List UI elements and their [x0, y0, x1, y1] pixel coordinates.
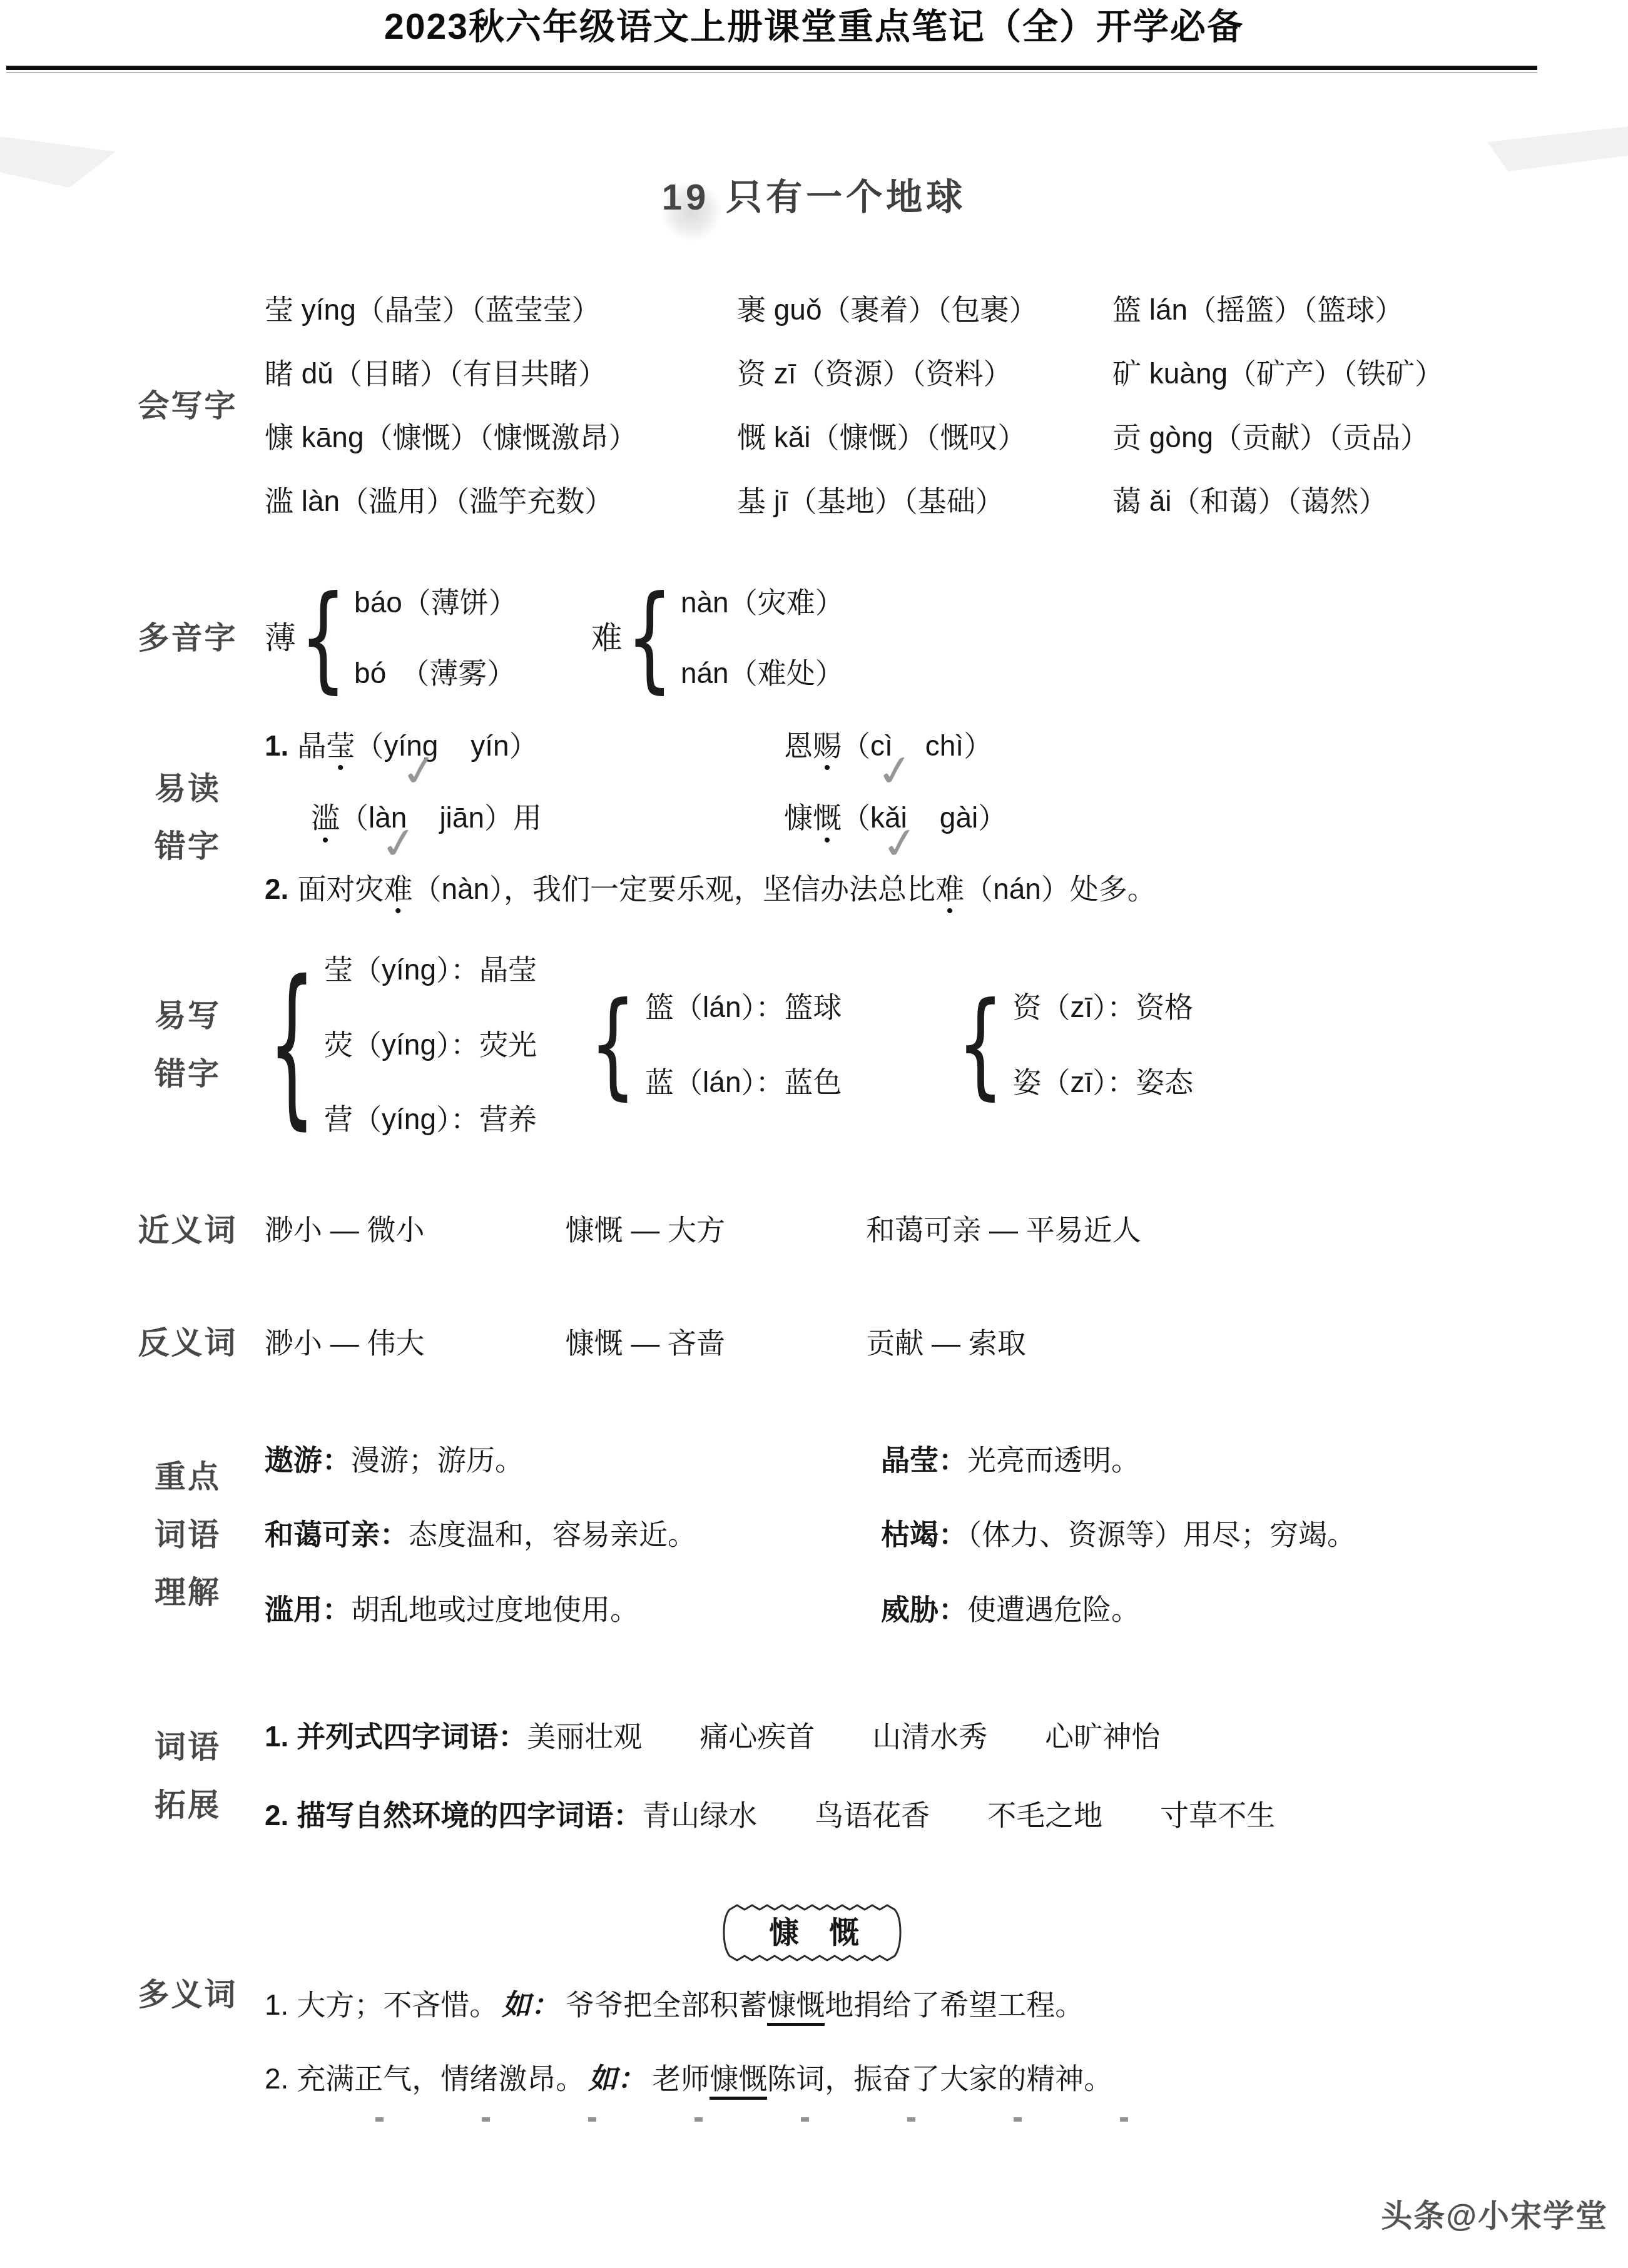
polyphonic-character: 难 [591, 619, 623, 658]
section-label-misread: 易读 错字 [128, 760, 247, 876]
example-text: 地捐给了希望工程。 [825, 1988, 1084, 2021]
dotted-character: 慨 [813, 800, 842, 836]
wrong-pinyin: jiān [439, 801, 484, 834]
write-characters-content: 莹 yíng（晶莹）（蓝莹莹） 裹 guǒ（裹着）（包裹） 篮 lán（摇篮）（… [265, 278, 1609, 534]
section-polysemy: 多义词 1. 大方；不吝惜。如：爷爷把全部积蓄慷慨地捐给了希望工程。 2. 充满… [0, 1987, 1628, 2097]
dotted-character: 难 [384, 871, 412, 908]
misread-pair: 恩赐（cìchì） [784, 728, 1609, 764]
misread-pair: 慷慨（kǎigài） [784, 800, 1609, 836]
write-row: 睹 dǔ（目睹）（有目共睹） 资 zī（资源）（资料） 矿 kuàng（矿产）（… [265, 342, 1609, 406]
write-entry: 慨 kǎi（慷慨）（慨叹） [737, 420, 1112, 456]
key-word-term: 晶莹： [881, 1444, 967, 1476]
section-label-antonyms: 反义词 [128, 1314, 247, 1372]
example-text: 爷爷把全部积蓄 [566, 1988, 767, 2021]
expansion-words: 美丽壮观 痛心疾首 山清水秀 心旷神怡 [527, 1720, 1160, 1753]
key-word-entry: 枯竭：（体力、资源等）用尽；穷竭。 [881, 1517, 1609, 1553]
key-word-entry: 和蔼可亲：态度温和，容易亲近。 [265, 1517, 881, 1553]
write-entry: 篮 lán（摇篮）（篮球） [1112, 292, 1609, 328]
wrong-pinyin: yín [471, 729, 509, 762]
underlined-word: 慷慨 [710, 2062, 767, 2100]
antonym-pair: 慷慨 — 吝啬 [566, 1325, 726, 1362]
key-word-term: 和蔼可亲： [265, 1518, 409, 1551]
example-marker: 如： [588, 2062, 646, 2095]
miswrite-group: 莹（yíng）：晶莹 荧（yíng）：荧光 营（yíng）：营养 [265, 952, 537, 1138]
miswrite-line: 蓝（lán）：蓝色 [645, 1065, 842, 1101]
paren: ） [978, 801, 1007, 834]
misread-item-number: 2. [265, 873, 288, 905]
cutoff-artifacts [375, 2117, 1226, 2122]
section-write-characters: 会写字 莹 yíng（晶莹）（蓝莹莹） 裹 guǒ（裹着）（包裹） 篮 lán（… [0, 278, 1628, 534]
misread-sentence: 2.面对灾难（nàn），我们一定要乐观，坚信办法总比难（nán）处多。 [265, 871, 1609, 908]
key-word-definition: 胡乱地或过度地使用。 [351, 1593, 639, 1626]
paren: （ [842, 801, 870, 834]
expansion-words: 青山绿水 鸟语花香 不毛之地 寸草不生 [642, 1799, 1275, 1831]
brace-icon [626, 567, 673, 710]
expansion-lead: 1. 并列式四字词语： [265, 1720, 527, 1753]
misread-pair: 滥（lànjiān）用 [265, 800, 784, 836]
polyphonic-option: báo（薄饼） [354, 585, 517, 621]
section-label-synonyms: 近义词 [128, 1202, 247, 1260]
dotted-character: 莹 [326, 728, 355, 764]
write-entry: 资 zī（资源）（资料） [737, 356, 1112, 392]
lesson-heading: 19只有一个地球 [0, 175, 1628, 221]
brace-icon [300, 567, 347, 710]
wrong-pinyin: chì [925, 729, 964, 762]
expansion-lead: 2. 描写自然环境的四字词语： [265, 1799, 642, 1831]
polysemy-box-word: 慷 慨 [713, 1915, 915, 1952]
underlined-word: 慷慨 [767, 1988, 825, 2026]
key-word-definition: 漫游；游历。 [351, 1444, 524, 1476]
dotted-character: 滥 [311, 800, 340, 836]
example-marker: 如： [502, 1988, 559, 2021]
section-label-polysemy: 多义词 [128, 1966, 247, 2024]
sentence-text: （nàn），我们一定要乐观，坚信办法总比 [412, 873, 935, 905]
miswrite-content: 莹（yíng）：晶莹 荧（yíng）：荧光 营（yíng）：营养 篮（lán）：… [265, 952, 1609, 1138]
miswrite-line: 姿（zī）：姿态 [1013, 1065, 1194, 1101]
expansion-item: 2. 描写自然环境的四字词语：青山绿水 鸟语花香 不毛之地 寸草不生 [265, 1798, 1609, 1834]
sentence-text: （nán）处多。 [964, 873, 1156, 905]
write-entry: 贡 gòng（贡献）（贡品） [1112, 420, 1609, 456]
section-synonyms: 近义词 渺小 — 微小 慷慨 — 大方 和蔼可亲 — 平易近人 [0, 1202, 1628, 1260]
section-key-words: 重点 词语 理解 遨游：漫游；游历。 晶莹：光亮而透明。 和蔼可亲：态度温和，容… [0, 1442, 1628, 1628]
polyphonic-option: nán（难处） [681, 656, 844, 692]
synonym-pair: 慷慨 — 大方 [566, 1212, 726, 1248]
page-title: 2023秋六年级语文上册课堂重点笔记（全）开学必备 [0, 5, 1628, 49]
write-entry: 睹 dǔ（目睹）（有目共睹） [265, 356, 737, 392]
worksheet-page: 2023秋六年级语文上册课堂重点笔记（全）开学必备 19只有一个地球 会写字 莹… [0, 0, 1628, 2268]
section-expansion: 词语 拓展 1. 并列式四字词语：美丽壮观 痛心疾首 山清水秀 心旷神怡 2. … [0, 1718, 1628, 1834]
section-polyphonic: 多音字 薄 báo（薄饼） bó （薄雾） 难 nàn（灾难） nán（难处 [0, 585, 1628, 692]
miswrite-group: 篮（lán）：篮球 蓝（lán）：蓝色 [586, 990, 842, 1100]
lesson-number: 19 [662, 177, 710, 218]
write-entry: 基 jī（基地）（基础） [737, 483, 1112, 520]
dotted-character: 难 [935, 871, 964, 908]
paren: ） [484, 801, 513, 834]
misread-content: 1.晶莹（yíngyín） 恩赐（cìchì） 滥（lànjiān）用 慷慨（k… [265, 728, 1609, 908]
example-text: 陈词，振奋了大家的精神。 [767, 2062, 1112, 2095]
miswrite-line: 资（zī）：资格 [1013, 990, 1194, 1026]
section-label-miswrite: 易写 错字 [128, 987, 247, 1103]
write-row: 滥 làn（滥用）（滥竽充数） 基 jī（基地）（基础） 蔼 ǎi（和蔼）（蔼然… [265, 470, 1609, 534]
pair-word: 慷 [784, 801, 813, 834]
write-entry: 慷 kāng（慷慨）（慷慨激昂） [265, 420, 737, 456]
key-word-entry: 晶莹：光亮而透明。 [881, 1442, 1609, 1479]
brace-icon [589, 973, 636, 1116]
paren: ） [964, 729, 992, 762]
polysemy-definition: 2. 充满正气，情绪激昂。 [265, 2062, 584, 2095]
pair-word: 晶 [297, 729, 326, 762]
pair-word: 恩 [784, 729, 813, 762]
key-word-definition: 态度温和，容易亲近。 [409, 1518, 696, 1551]
polyphonic-option: bó （薄雾） [354, 656, 517, 692]
expansion-item: 1. 并列式四字词语：美丽壮观 痛心疾首 山清水秀 心旷神怡 [265, 1719, 1609, 1755]
section-label-expansion: 词语 拓展 [128, 1718, 247, 1834]
sentence-text: 面对灾 [297, 873, 384, 905]
section-miswrite: 易写 错字 莹（yíng）：晶莹 荧（yíng）：荧光 营（yíng）：营养 篮… [0, 952, 1628, 1138]
miswrite-line: 荧（yíng）：荧光 [324, 1027, 537, 1063]
polyphonic-character: 薄 [265, 619, 296, 658]
synonym-pair: 渺小 — 微小 [265, 1212, 425, 1248]
antonym-pair: 贡献 — 索取 [866, 1325, 1026, 1362]
section-label-key-words: 重点 词语 理解 [128, 1448, 247, 1622]
wrong-pinyin: gài [940, 801, 978, 834]
key-word-entry: 滥用：胡乱地或过度地使用。 [265, 1592, 881, 1628]
polyphonic-group: 难 nàn（灾难） nán（难处） [591, 585, 844, 692]
paren: （ [340, 801, 369, 834]
write-entry: 矿 kuàng（矿产）（铁矿） [1112, 356, 1609, 392]
write-row: 慷 kāng（慷慨）（慷慨激昂） 慨 kǎi（慷慨）（慨叹） 贡 gòng（贡献… [265, 406, 1609, 470]
key-word-entry: 遨游：漫游；游历。 [265, 1442, 881, 1479]
polysemy-definition: 1. 大方；不吝惜。 [265, 1988, 498, 2021]
brace-icon [268, 936, 315, 1153]
example-text: 老师 [652, 2062, 710, 2095]
header-divider [6, 66, 1537, 70]
antonym-pair: 渺小 — 伟大 [265, 1325, 425, 1362]
miswrite-line: 营（yíng）：营养 [324, 1101, 537, 1138]
miswrite-line: 篮（lán）：篮球 [645, 990, 842, 1026]
key-word-term: 枯竭： [881, 1518, 967, 1551]
write-entry: 蔼 ǎi（和蔼）（蔼然） [1112, 483, 1609, 520]
watermark-top-right [1487, 126, 1628, 171]
brace-icon [957, 973, 1004, 1116]
section-misread: 易读 错字 1.晶莹（yíngyín） 恩赐（cìchì） 滥（lànjiān）… [0, 728, 1628, 908]
key-word-term: 滥用： [265, 1593, 351, 1626]
section-antonyms: 反义词 渺小 — 伟大 慷慨 — 吝啬 贡献 — 索取 [0, 1314, 1628, 1372]
key-word-definition: （体力、资源等）用尽；穷竭。 [967, 1518, 1356, 1551]
polyphonic-group: 薄 báo（薄饼） bó （薄雾） [265, 585, 517, 692]
key-word-entry: 威胁：使遭遇危险。 [881, 1592, 1609, 1628]
write-entry: 裹 guǒ（裹着）（包裹） [737, 292, 1112, 328]
miswrite-line: 莹（yíng）：晶莹 [324, 952, 537, 988]
write-entry: 莹 yíng（晶莹）（蓝莹莹） [265, 292, 737, 328]
section-label-polyphonic: 多音字 [128, 609, 247, 667]
paren: （ [355, 729, 384, 762]
paren: （ [842, 729, 870, 762]
polysemy-box: 慷 慨 [713, 1900, 915, 1966]
footer-credit: 头条@小宋学堂 [1381, 2197, 1608, 2236]
page-header: 2023秋六年级语文上册课堂重点笔记（全）开学必备 [0, 0, 1628, 49]
paren: ） [509, 729, 538, 762]
key-word-definition: 使遭遇危险。 [967, 1593, 1140, 1626]
section-label-write: 会写字 [128, 377, 247, 435]
key-word-term: 遨游： [265, 1444, 351, 1476]
lesson-title: 只有一个地球 [726, 177, 966, 218]
polyphonic-content: 薄 báo（薄饼） bó （薄雾） 难 nàn（灾难） nán（难处） [265, 585, 1609, 692]
polysemy-item: 2. 充满正气，情绪激昂。如：老师慷慨陈词，振奋了大家的精神。 [265, 2061, 1609, 2097]
write-row: 莹 yíng（晶莹）（蓝莹莹） 裹 guǒ（裹着）（包裹） 篮 lán（摇篮）（… [265, 278, 1609, 342]
key-word-term: 威胁： [881, 1593, 967, 1626]
pair-word: 用 [513, 801, 542, 834]
synonym-pair: 和蔼可亲 — 平易近人 [866, 1212, 1141, 1248]
polysemy-item: 1. 大方；不吝惜。如：爷爷把全部积蓄慷慨地捐给了希望工程。 [265, 1987, 1609, 2023]
write-entry: 滥 làn（滥用）（滥竽充数） [265, 483, 737, 520]
misread-item-number: 1. [265, 729, 288, 762]
polyphonic-option: nàn（灾难） [681, 585, 844, 621]
misread-pair: 1.晶莹（yíngyín） [265, 728, 784, 764]
key-word-definition: 光亮而透明。 [967, 1444, 1140, 1476]
miswrite-group: 资（zī）：资格 姿（zī）：姿态 [954, 990, 1194, 1100]
dotted-character: 赐 [813, 728, 842, 764]
